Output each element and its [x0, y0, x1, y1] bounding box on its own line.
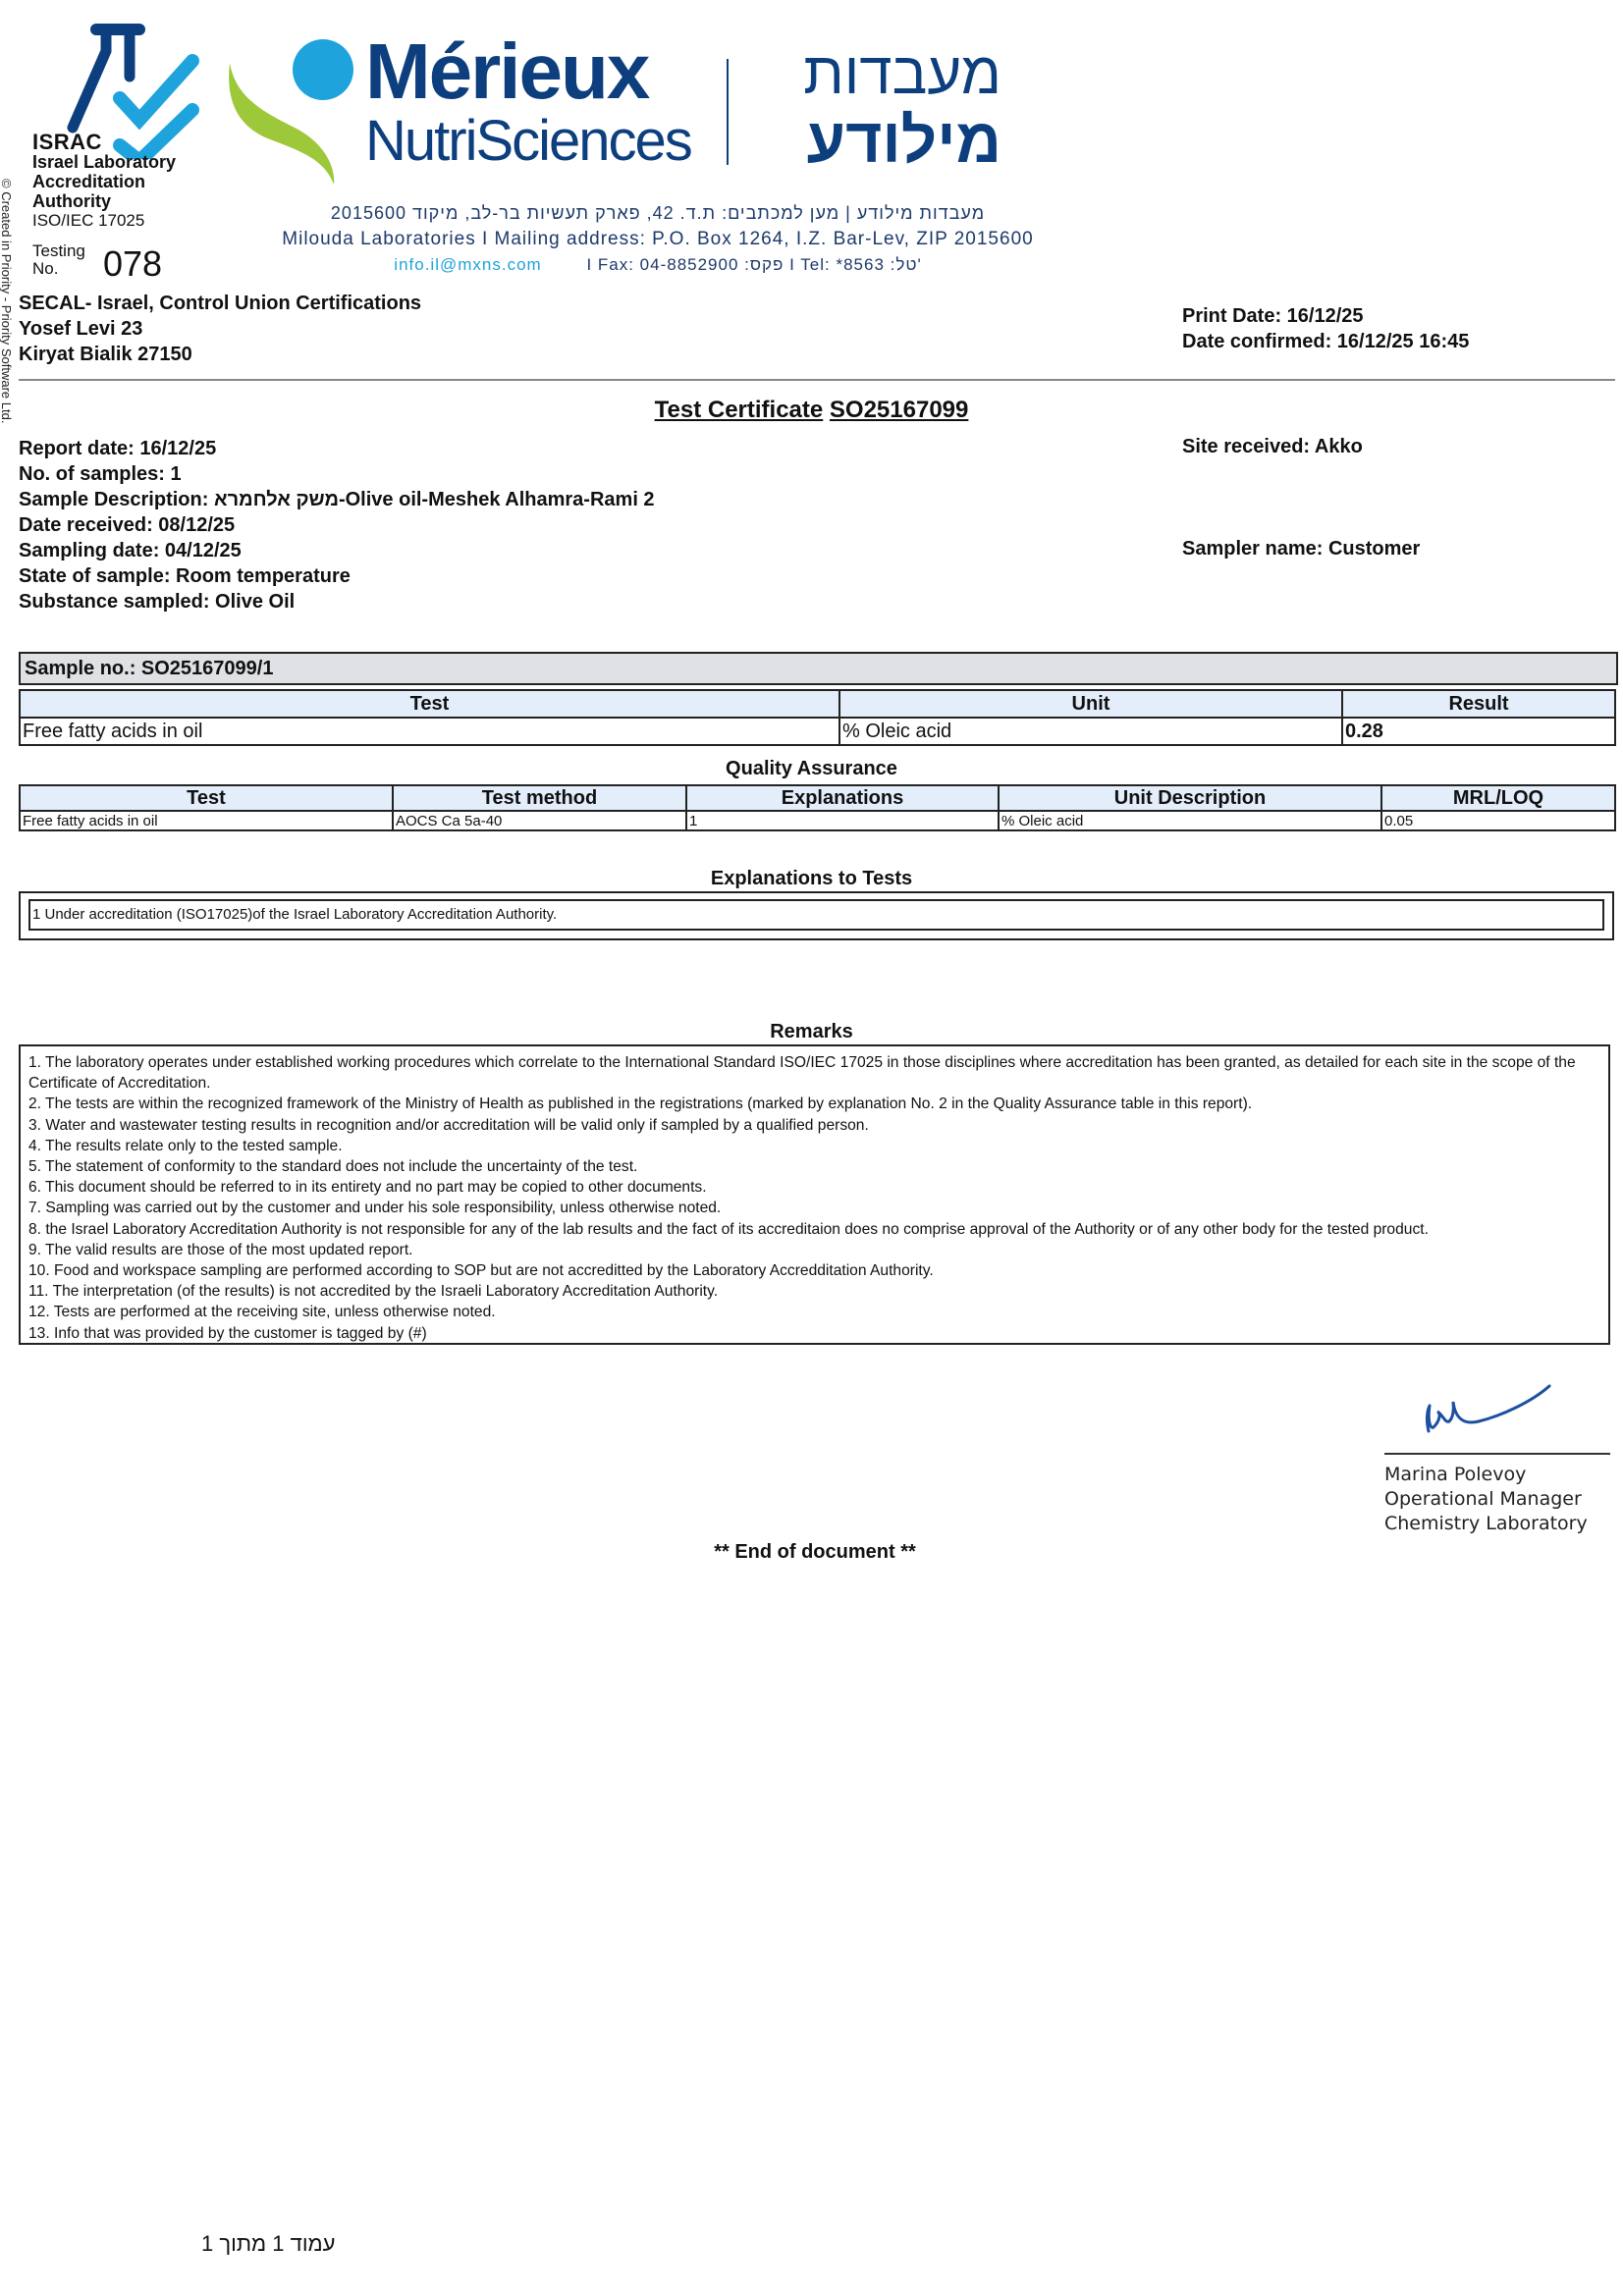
customer-street: Yosef Levi 23 — [19, 316, 421, 342]
qa-method: AOCS Ca 5a-40 — [393, 811, 686, 830]
results-header-test: Test — [20, 690, 839, 718]
lab-logo-hebrew-2: מילודע — [756, 106, 1001, 175]
lab-logo-sub: NutriSciences — [365, 110, 691, 173]
remark-item: 7. Sampling was carried out by the custo… — [28, 1198, 1600, 1218]
result-value: 0.28 — [1342, 718, 1615, 745]
signature-block: Marina Polevoy Operational Manager Chemi… — [1384, 1374, 1620, 1536]
result-test: Free fatty acids in oil — [20, 718, 839, 745]
results-header-row: Test Unit Result — [20, 690, 1615, 718]
israc-testing-number: 078 — [103, 243, 162, 285]
side-copyright-text: © Created in Priority - Priority Softwar… — [0, 179, 14, 423]
remark-item: 12. Tests are performed at the receiving… — [28, 1302, 1600, 1322]
israc-testing-label-1: Testing — [32, 242, 85, 260]
israc-line-3: Authority — [32, 191, 176, 211]
substance-sampled: Substance sampled: Olive Oil — [19, 589, 655, 614]
lab-logo-hebrew: מעבדות מילודע — [756, 41, 1001, 175]
lab-logo-hebrew-1: מעבדות — [756, 41, 1001, 106]
email-link[interactable]: info.il@mxns.com — [394, 255, 541, 274]
certificate-title: Test Certificate — [655, 397, 824, 423]
report-info: Report date: 16/12/25 No. of samples: 1 … — [19, 436, 655, 614]
no-of-samples: No. of samples: 1 — [19, 461, 655, 487]
israc-line-2: Accreditation — [32, 172, 176, 191]
results-header-unit: Unit — [839, 690, 1342, 718]
explanations-title: Explanations to Tests — [0, 868, 1623, 890]
qa-header-test: Test — [20, 785, 393, 811]
side-copyright: © Created in Priority - Priority Softwar… — [0, 179, 14, 473]
customer-name: SECAL- Israel, Control Union Certificati… — [19, 291, 421, 316]
remark-item: 2. The tests are within the recognized f… — [28, 1094, 1600, 1114]
qa-header-explanations: Explanations — [686, 785, 999, 811]
date-received: Date received: 08/12/25 — [19, 512, 655, 538]
israc-testing-label-2: No. — [32, 260, 85, 278]
signer-name: Marina Polevoy — [1384, 1463, 1620, 1487]
logo-separator — [727, 59, 729, 165]
israc-title: ISRAC — [32, 133, 176, 152]
sampler-name: Sampler name: Customer — [1182, 538, 1420, 561]
page-number: עמוד 1 מתוך 1 — [201, 2231, 335, 2257]
results-header-result: Result — [1342, 690, 1615, 718]
site-received: Site received: Akko — [1182, 436, 1363, 458]
signature-line — [1384, 1453, 1610, 1455]
qa-header-mrl-loq: MRL/LOQ — [1381, 785, 1615, 811]
phone-fax: I Fax: 04-8852900 :פקס I Tel: *8563 :טל' — [586, 255, 921, 274]
signature-text: Marina Polevoy Operational Manager Chemi… — [1384, 1463, 1620, 1536]
remarks-title: Remarks — [0, 1021, 1623, 1043]
results-table: Test Unit Result Free fatty acids in oil… — [19, 689, 1616, 746]
signer-department: Chemistry Laboratory — [1384, 1512, 1620, 1536]
remark-item: 10. Food and workspace sampling are perf… — [28, 1260, 1600, 1281]
israc-line-1: Israel Laboratory — [32, 152, 176, 172]
sample-number-bar: Sample no.: SO25167099/1 — [19, 652, 1618, 685]
qa-explanation: 1 — [686, 811, 999, 830]
dates-block: Print Date: 16/12/25 Date confirmed: 16/… — [1182, 303, 1469, 354]
address-english: Milouda Laboratories I Mailing address: … — [250, 229, 1065, 250]
remark-item: 5. The statement of conformity to the st… — [28, 1156, 1600, 1177]
sample-description: Sample Description: משק אלחמרא-Olive oil… — [19, 487, 655, 512]
signer-role: Operational Manager — [1384, 1487, 1620, 1512]
customer-city: Kiryat Bialik 27150 — [19, 342, 421, 367]
remark-item: 8. the Israel Laboratory Accreditation A… — [28, 1219, 1600, 1240]
report-date: Report date: 16/12/25 — [19, 436, 655, 461]
print-date: Print Date: 16/12/25 — [1182, 303, 1469, 329]
israc-text: ISRAC Israel Laboratory Accreditation Au… — [32, 133, 176, 231]
certificate-number: SO25167099 — [830, 397, 968, 423]
israc-testing-label: Testing No. — [32, 242, 85, 278]
signature-icon — [1384, 1374, 1610, 1451]
remark-item: 4. The results relate only to the tested… — [28, 1136, 1600, 1156]
qa-unit: % Oleic acid — [999, 811, 1381, 830]
remark-item: 9. The valid results are those of the mo… — [28, 1240, 1600, 1260]
explanation-item: 1 Under accreditation (ISO17025)of the I… — [28, 899, 1604, 931]
explanations-box: 1 Under accreditation (ISO17025)of the I… — [19, 891, 1614, 940]
end-of-document: ** End of document ** — [0, 1541, 1623, 1564]
remark-item: 11. The interpretation (of the results) … — [28, 1281, 1600, 1302]
qa-title: Quality Assurance — [0, 758, 1623, 780]
lab-logo-name: Mérieux — [365, 27, 648, 116]
qa-header-row: Test Test method Explanations Unit Descr… — [20, 785, 1615, 811]
remark-item: 3. Water and wastewater testing results … — [28, 1115, 1600, 1136]
customer-block: SECAL- Israel, Control Union Certificati… — [19, 291, 421, 367]
state-of-sample: State of sample: Room temperature — [19, 563, 655, 589]
table-row: Free fatty acids in oil % Oleic acid 0.2… — [20, 718, 1615, 745]
israc-standard: ISO/IEC 17025 — [32, 211, 176, 231]
date-confirmed: Date confirmed: 16/12/25 16:45 — [1182, 329, 1469, 354]
address-hebrew: מעבדות מילודע | מען למכתבים: ת.ד. 42, פא… — [250, 203, 1065, 224]
result-unit: % Oleic acid — [839, 718, 1342, 745]
table-row: Free fatty acids in oil AOCS Ca 5a-40 1 … — [20, 811, 1615, 830]
header-divider — [19, 379, 1615, 381]
page-title: Test Certificate SO25167099 — [0, 397, 1623, 424]
qa-mrl: 0.05 — [1381, 811, 1615, 830]
qa-table: Test Test method Explanations Unit Descr… — [19, 784, 1616, 831]
qa-test: Free fatty acids in oil — [20, 811, 393, 830]
merieux-dot-icon — [293, 39, 353, 100]
remark-item: 13. Info that was provided by the custom… — [28, 1323, 1600, 1344]
remark-item: 1. The laboratory operates under establi… — [28, 1052, 1600, 1094]
qa-header-method: Test method — [393, 785, 686, 811]
address-contact: info.il@mxns.com I Fax: 04-8852900 :פקס … — [250, 255, 1065, 275]
remark-item: 6. This document should be referred to i… — [28, 1177, 1600, 1198]
qa-header-unit-description: Unit Description — [999, 785, 1381, 811]
remarks-box: 1. The laboratory operates under establi… — [19, 1044, 1610, 1345]
sampling-date: Sampling date: 04/12/25 — [19, 538, 655, 563]
